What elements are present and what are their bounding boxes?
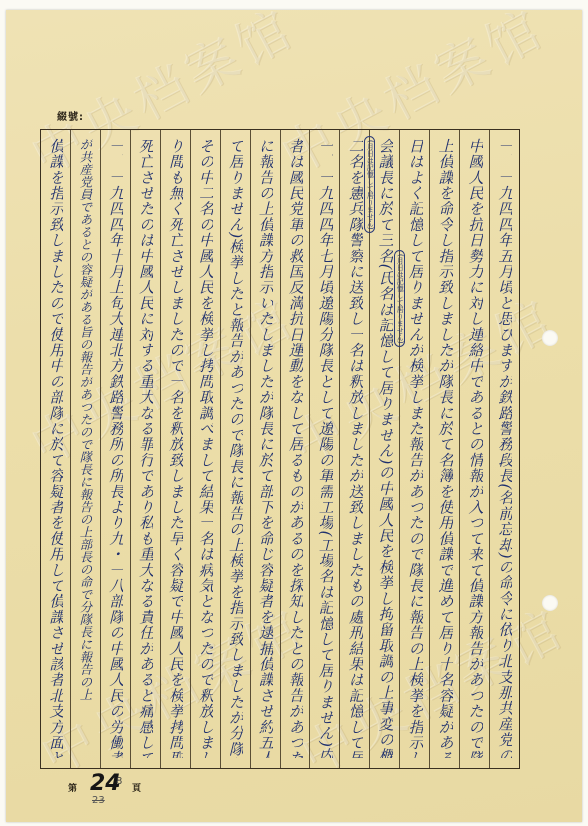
- manuscript-grid: 一、一九四四年五月頃と思ひますが鉄路警務段長(名前忘却)の命令に依り北支那共産党…: [40, 129, 520, 769]
- handwritten-line: 日はよく記憶して居りませんが検挙しまた報告があつたので隊長に報告の上検挙を指示し…: [407, 138, 423, 758]
- manuscript-column: 者は國民党軍の救国反満抗日運動をなして居るものがあるのを探知したとの報告があつた…: [280, 130, 310, 768]
- manuscript-column: 二名を憲兵隊警察に送致し一名は釈放しましたが送致しましたもの處刑結果は記憶して居…: [339, 130, 369, 768]
- punch-hole: [542, 595, 558, 611]
- handwritten-line: その中二名の中國人民を検挙し拷問取調べまして結果一名は病気となつたので釈放しまし…: [197, 138, 213, 758]
- page-sub-number: 8: [116, 776, 122, 787]
- handwritten-line: 上偵諜を命令し指示致しましたが隊長に於て名簿を使用偵諜で進めて居り十名容疑がある…: [437, 138, 453, 758]
- manuscript-column: 一、一九四四年七月頃遼陽分隊長として遼陽の軍需工場(工場名は記憶して居りません)…: [309, 130, 339, 768]
- handwritten-line: に報告の上偵諜方指示いたしましたが隊長に於て部下を命じ容疑者を逮捕偵諜させ約五人…: [257, 138, 273, 758]
- manuscript-column: て居りません)検挙したと報告があつたので隊長に報告の上検挙を指示致しましたが分隊…: [220, 130, 250, 768]
- manuscript-column: 日はよく記憶して居りませんが検挙しまた報告があつたので隊長に報告の上検挙を指示し…: [399, 130, 429, 768]
- handwritten-line: 会議長に於て三名(氏名は記憶して居りません)の中國人民を検挙し拘留取調の上事変の…: [377, 138, 393, 758]
- manuscript-column: 一、一九四四年五月頃と思ひますが鉄路警務段長(名前忘却)の命令に依り北支那共産党…: [489, 130, 519, 768]
- handwritten-line: 中國人民を抗日勢力に対し連絡中であるとの情報が入つて来て偵諜方報告があつたので隊…: [467, 138, 483, 758]
- file-number-label: 綴號:: [57, 108, 84, 123]
- page-prefix: 第: [68, 781, 77, 794]
- manuscript-column: に報告の上偵諜方指示いたしましたが隊長に於て部下を命じ容疑者を逮捕偵諜させ約五人…: [250, 130, 280, 768]
- handwritten-line: 一、一九四四年七月頃遼陽分隊長として遼陽の軍需工場(工場名は記憶して居りません)…: [317, 138, 333, 758]
- manuscript-column: 会議長に於て三名(氏名は記憶して居りません)の中國人民を検挙し拘留取調の上事変の…: [369, 130, 399, 768]
- handwritten-line: 一、一九四四年十月上旬大連北方鉄路警務所の所長より九・一八部隊の中國人民の労働者…: [107, 138, 123, 758]
- manuscript-column: が共産党員であるとの容疑がある旨の報告があつたので隊長に報告の上部長の命で分隊長…: [70, 130, 100, 768]
- manuscript-column: 死亡させたのは中國人民に対する重大なる罪行であり私も重大なる責任があると痛感して…: [130, 130, 160, 768]
- manuscript-column: 一、一九四四年十月上旬大連北方鉄路警務所の所長より九・一八部隊の中國人民の労働者…: [100, 130, 130, 768]
- handwritten-line: 二名を憲兵隊警察に送致し一名は釈放しましたが送致しましたもの處刑結果は記憶して居…: [347, 138, 363, 758]
- manuscript-column: 中國人民を抗日勢力に対し連絡中であるとの情報が入つて来て偵諜方報告があつたので隊…: [459, 130, 489, 768]
- handwritten-line: て居りません)検挙したと報告があつたので隊長に報告の上検挙を指示致しましたが分隊…: [227, 138, 243, 758]
- manuscript-column: 上偵諜を命令し指示致しましたが隊長に於て名簿を使用偵諜で進めて居り十名容疑がある…: [429, 130, 459, 768]
- handwritten-line: 偵諜を指示致しましたので使用中の部隊に於て容疑者を使用して偵諜させ該者北支方面と…: [47, 138, 63, 758]
- handwritten-line: が共産党員であるとの容疑がある旨の報告があつたので隊長に報告の上部長の命で分隊長…: [79, 138, 92, 701]
- manuscript-column: 偵諜を指示致しましたので使用中の部隊に於て容疑者を使用して偵諜させ該者北支方面と…: [41, 130, 70, 768]
- page-suffix: 頁: [132, 781, 141, 794]
- page-old-number: 23: [92, 795, 105, 806]
- handwritten-line: 死亡させたのは中國人民に対する重大なる罪行であり私も重大なる責任があると痛感して…: [137, 138, 153, 758]
- punch-hole: [542, 330, 558, 346]
- page-number-footer: 第 24 8 23 頁: [52, 775, 252, 815]
- manuscript-column: その中二名の中國人民を検挙し拷問取調べまして結果一名は病気となつたので釈放しまし…: [190, 130, 220, 768]
- handwritten-line: り間も無く死亡させしましたので一名を釈放致しました早く容疑で中國人民を検挙拷問取…: [167, 138, 183, 758]
- handwritten-line: 一、一九四四年五月頃と思ひますが鉄路警務段長(名前忘却)の命令に依り北支那共産党…: [497, 138, 513, 758]
- manuscript-column: り間も無く死亡させしましたので一名を釈放致しました早く容疑で中國人民を検挙拷問取…: [160, 130, 190, 768]
- handwritten-line: 者は國民党軍の救国反満抗日運動をなして居るものがあるのを探知したとの報告があつた…: [287, 138, 303, 758]
